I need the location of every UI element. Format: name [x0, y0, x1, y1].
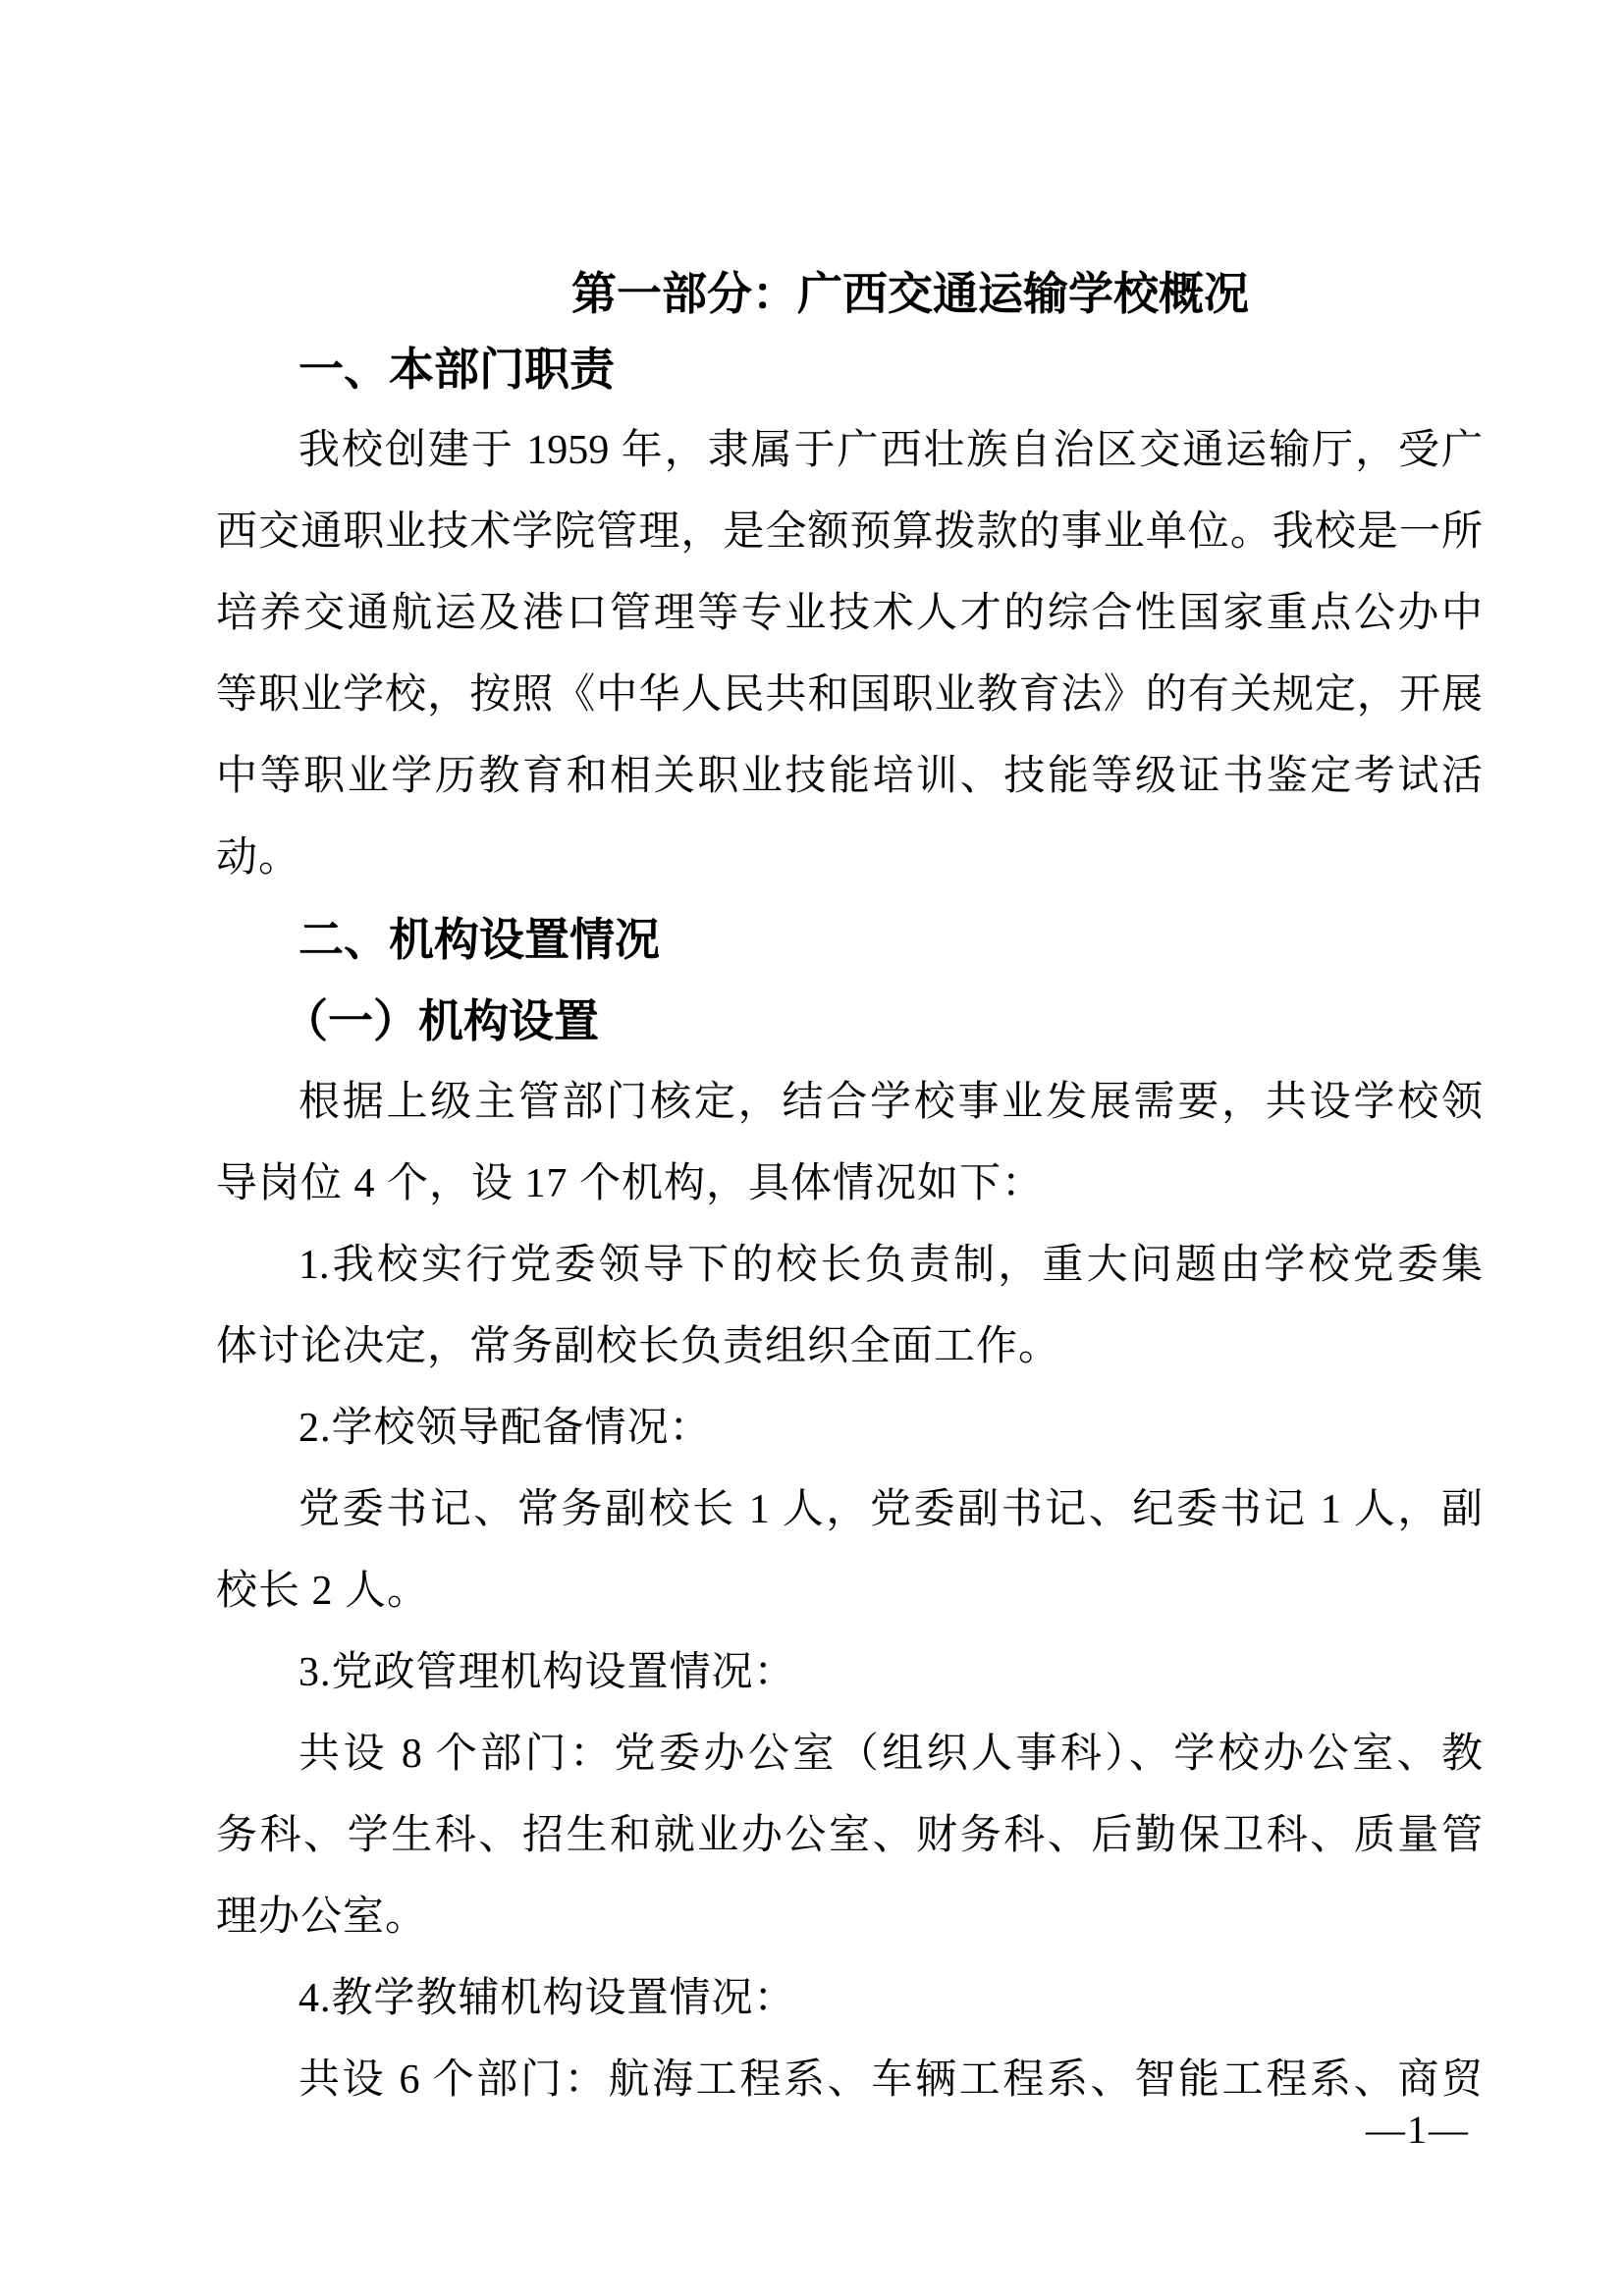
text-line: 2.学校领导配备情况：: [216, 1394, 1483, 1475]
heading-line: （一）机构设置: [216, 987, 1483, 1068]
document-page: 第一部分：广西交通运输学校概况 一、本部门职责我校创建于 1959 年，隶属于广…: [0, 0, 1624, 2296]
text-line: 我校创建于 1959 年，隶属于广西壮族自治区交通运输厅，受广: [216, 416, 1483, 498]
text-line: 培养交通航运及港口管理等专业技术人才的综合性国家重点公办中: [216, 579, 1483, 661]
text-line: 中等职业学历教育和相关职业技能培训、技能等级证书鉴定考试活: [216, 742, 1483, 824]
page-number: —1—: [1366, 2109, 1470, 2152]
text-line: 动。: [216, 824, 1483, 905]
text-line: 4.教学教辅机构设置情况：: [216, 1964, 1483, 2046]
text-line: 等职业学校，按照《中华人民共和国职业教育法》的有关规定，开展: [216, 661, 1483, 742]
text-line: 1.我校实行党委领导下的校长负责制，重大问题由学校党委集: [216, 1231, 1483, 1312]
text-line: 校长 2 人。: [216, 1557, 1483, 1638]
heading-line: 二、机构设置情况: [216, 905, 1483, 987]
text-line: 共设 6 个部门：航海工程系、车辆工程系、智能工程系、商贸: [216, 2046, 1483, 2127]
heading-line: 一、本部门职责: [216, 335, 1483, 416]
text-line: 3.党政管理机构设置情况：: [216, 1638, 1483, 1720]
text-line: 导岗位 4 个，设 17 个机构，具体情况如下：: [216, 1149, 1483, 1231]
document-body: 一、本部门职责我校创建于 1959 年，隶属于广西壮族自治区交通运输厅，受广西交…: [216, 335, 1483, 2127]
page-title: 第一部分：广西交通运输学校概况: [216, 253, 1483, 335]
text-line: 共设 8 个部门：党委办公室（组织人事科）、学校办公室、教: [216, 1720, 1483, 1801]
text-line: 西交通职业技术学院管理，是全额预算拨款的事业单位。我校是一所: [216, 498, 1483, 579]
text-line: 体讨论决定，常务副校长负责组织全面工作。: [216, 1312, 1483, 1394]
text-line: 党委书记、常务副校长 1 人，党委副书记、纪委书记 1 人，副: [216, 1475, 1483, 1557]
text-line: 理办公室。: [216, 1883, 1483, 1964]
text-line: 务科、学生科、招生和就业办公室、财务科、后勤保卫科、质量管: [216, 1801, 1483, 1883]
text-line: 根据上级主管部门核定，结合学校事业发展需要，共设学校领: [216, 1068, 1483, 1149]
